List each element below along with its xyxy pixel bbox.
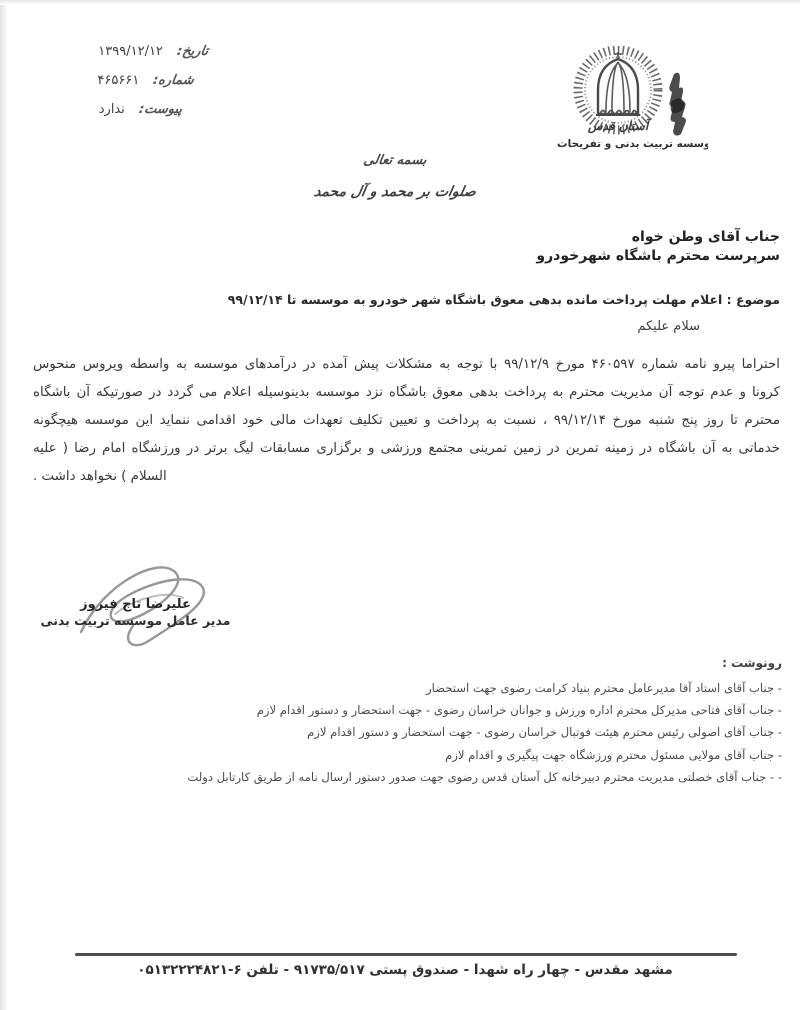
org-subtitle-calligraphy: موسسه تربیت بدنی و تفریحات سالم	[556, 138, 708, 150]
letterhead-logo: آستان قدس موسسه تربیت بدنی و تفریحات سال…	[556, 46, 708, 158]
cc-item: - - جناب آقای خصلتی مدیریت محترم دبیرخان…	[150, 766, 782, 788]
signature-block: علیرضا تاج فیروز مدیر عامل موسسه تربیت ب…	[38, 552, 233, 628]
cc-item: - جناب آقای اصولی رئیس محترم هیئت فوتبال…	[150, 721, 782, 743]
scan-page-edge-left	[0, 0, 7, 1010]
body-line: خدماتی به آن باشگاه در زمینه تمرین در زم…	[33, 435, 780, 463]
cc-item: - جناب آقای استاد آقا مدیرعامل محترم بنی…	[150, 677, 782, 699]
date-row: تاریخ: ۱۳۹۹/۱۲/۱۲	[38, 44, 208, 59]
body-line: السلام ) نخواهد داشت .	[33, 463, 780, 491]
cc-section: رونوشت : - جناب آقای استاد آقا مدیرعامل …	[150, 656, 782, 788]
date-label: تاریخ:	[176, 44, 209, 59]
signatory-title: مدیر عامل موسسه تربیت بدنی	[38, 613, 233, 628]
footer-address: مشهد مقدس - چهار راه شهدا - صندوق پستی ۹…	[55, 962, 755, 978]
attachment-value: ندارد	[99, 102, 125, 117]
number-value: ۴۶۵۶۶۱	[97, 73, 139, 88]
cc-label: رونوشت :	[150, 656, 782, 670]
basmala-text: بسمه تعالی	[309, 153, 482, 168]
body-paragraph: احتراما پیرو نامه شماره ۴۶۰۵۹۷ مورخ ۹۹/۱…	[33, 351, 780, 491]
signatory-name: علیرضا تاج فیروز	[38, 597, 233, 612]
salawat-text: صلوات بر محمد و آل محمد	[299, 184, 492, 200]
body-line: محترم تا روز پنج شنبه مورخ ۹۹/۱۲/۱۴ ، نس…	[33, 407, 780, 435]
cc-item: - جناب آقای مولایی مسئول محترم ورزشگاه ج…	[150, 744, 782, 766]
attachment-row: پیوست: ندارد	[38, 102, 182, 117]
date-value: ۱۳۹۹/۱۲/۱۲	[98, 44, 163, 59]
attachment-label: پیوست:	[138, 102, 183, 117]
recipient-block: جناب آقای وطن خواه سرپرست محترم باشگاه ش…	[380, 228, 780, 266]
greeting-text: سلام علیکم	[637, 319, 700, 334]
org-name-calligraphy: آستان قدس	[587, 118, 652, 134]
recipient-title: سرپرست محترم باشگاه شهرخودرو	[380, 247, 780, 266]
number-row: شماره: ۴۶۵۶۶۱	[38, 73, 194, 88]
number-label: شماره:	[152, 73, 195, 88]
scan-page-edge-top	[0, 0, 800, 5]
letter-meta: تاریخ: ۱۳۹۹/۱۲/۱۲ شماره: ۴۶۵۶۶۱ پیوست: ن…	[38, 44, 208, 131]
recipient-name: جناب آقای وطن خواه	[380, 228, 780, 247]
cc-item: - جناب آقای فتاحی مدیرکل محترم اداره ورز…	[150, 699, 782, 721]
body-line: احتراما پیرو نامه شماره ۴۶۰۵۹۷ مورخ ۹۹/۱…	[33, 351, 780, 379]
footer-divider	[75, 953, 737, 956]
astan-quds-emblem-icon: آستان قدس موسسه تربیت بدنی و تفریحات سال…	[556, 46, 708, 158]
body-line: کرونا و عدم توجه آن مدیریت محترم به پردا…	[33, 379, 780, 407]
subject-line: موضوع : اعلام مهلت پرداخت مانده بدهی معو…	[36, 292, 780, 307]
